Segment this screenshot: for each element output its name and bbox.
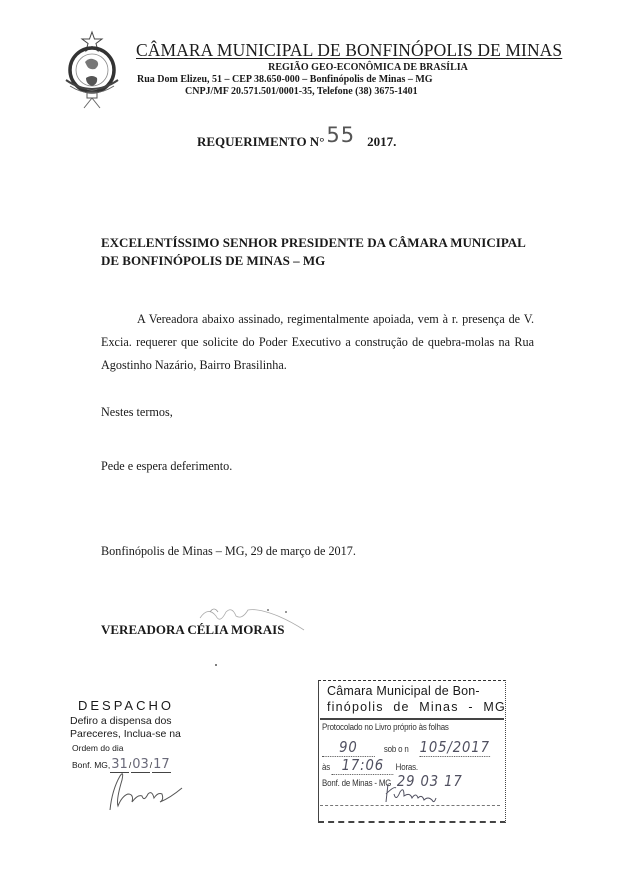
despacho-line-3: Ordem do dia [72,743,124,753]
stamp-folhas: 90 [322,738,375,757]
stamp-number: 105/2017 [419,738,489,757]
request-text: A Vereadora abaixo assinado, regimentalm… [101,312,534,372]
stamp-header-line-1: Câmara Municipal de Bon- [327,684,480,698]
scan-speck [215,664,217,666]
institution-cnpj-phone: CNPJ/MF 20.571.501/0001-35, Telefone (38… [185,86,418,97]
despacho-signature-icon [96,766,196,816]
document-title: REQUERIMENTO N°552017. [197,127,396,151]
closing-pede-deferimento: Pede e espera deferimento. [101,459,232,474]
stamp-header-line-2: finópolis de Minas - MG [327,700,506,714]
title-year: 2017. [367,134,396,149]
despacho-line-2: Pareceres, Inclua-se na [70,728,181,740]
handwritten-number: 55 [326,123,355,147]
stamp-signature-icon [384,780,454,806]
stamp-horas-label: Horas. [396,762,418,772]
stamp-signature-line [320,805,500,806]
signatory-name: VEREADORA CÉLIA MORAIS [101,622,284,638]
addressee: EXCELENTÍSSIMO SENHOR PRESIDENTE DA CÂMA… [101,234,531,270]
request-paragraph: A Vereadora abaixo assinado, regimentalm… [101,308,534,377]
despacho-line-1: Defiro a dispensa dos [70,715,172,727]
stamp-bonf-label: Bonf. de Minas - MG [322,778,391,788]
title-prefix: REQUERIMENTO N° [197,134,324,149]
despacho-title: DESPACHO [78,698,174,713]
stamp-as-label: às [322,762,330,772]
stamp-folhas-row: 90 sob o n 105/2017 [322,738,490,757]
institution-region: REGIÃO GEO-ECONÔMICA DE BRASÍLIA [0,62,640,73]
institution-name: CÂMARA MUNICIPAL DE BONFINÓPOLIS DE MINA… [136,40,562,61]
closing-nestes-termos: Nestes termos, [101,405,173,420]
stamp-protocol-label: Protocolado no Livro próprio às folhas [322,722,449,732]
institution-address: Rua Dom Elizeu, 51 – CEP 38.650-000 – Bo… [137,74,433,85]
place-and-date: Bonfinópolis de Minas – MG, 29 de março … [101,544,356,559]
stamp-sob-label: sob o n [384,744,409,754]
stamp-divider [320,718,504,720]
